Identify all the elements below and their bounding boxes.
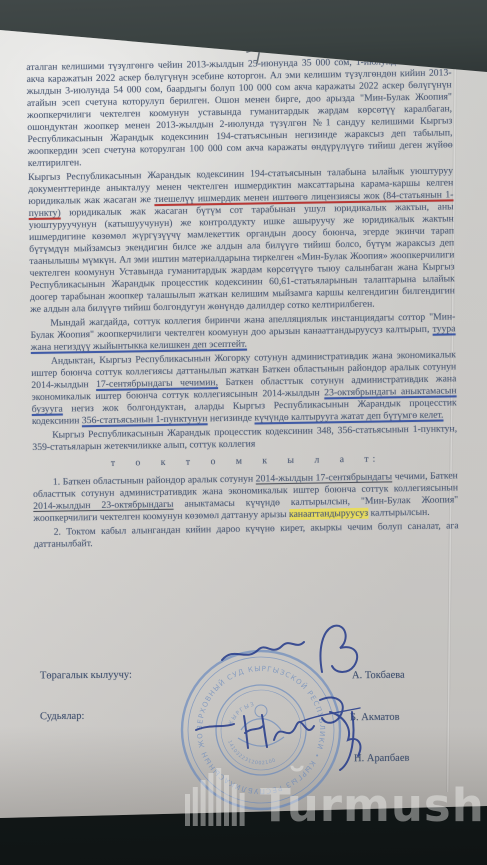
stamp-serial-number: 1410322312002100 <box>226 739 277 766</box>
paragraph: 2. Токтом кабыл алынгандан кийин дароо к… <box>34 520 459 551</box>
signatory-name: Н. Арапбаев <box>354 753 410 764</box>
stamp-ring-text: ВЕРХОВНЫЙ СУД КЫРГЫЗСКОЙ РЕСПУБЛИКИ • КЫ… <box>176 645 326 795</box>
body-text: 2. Токтом кабыл алынгандан кийин дароо к… <box>34 520 459 550</box>
paragraph: Мындай жагдайда, соттук коллегия биринчи… <box>30 311 456 354</box>
annotated-text: канааттандыруусуз <box>289 508 368 520</box>
body-text: т о к т о м к ы л а т: <box>111 454 380 469</box>
annotated-text: күчүндө калтырууга жатат деп бүтүмгө кел… <box>254 410 443 424</box>
document-page: аталган келишими түзүлгөнгө чейин 2013-ж… <box>0 0 487 865</box>
paragraph: Кыргыз Республикасынын Жарандык процесст… <box>32 423 457 454</box>
body-text: Кыргыз Республикасынын Жарандык процесст… <box>32 423 457 453</box>
signatory-name: Б. Акматов <box>350 712 400 723</box>
judges-label: Судьялар: <box>40 711 84 722</box>
presiding-judge-label: Төрагалык кылуучу: <box>40 670 132 682</box>
paragraph: 1. Баткен областынын райондор аралык сот… <box>33 470 459 525</box>
document-text: аталган келишими түзүлгөнгө чейин 2013-ж… <box>26 55 459 553</box>
photo-background: аталган келишими түзүлгөнгө чейин 2013-ж… <box>0 0 487 865</box>
annotated-text: 17-сентябрындагы чечимин, <box>96 377 218 390</box>
paragraph: аталган келишими түзүлгөнгө чейин 2013-ж… <box>26 55 453 170</box>
paragraph: т о к т о м к ы л а т: <box>33 452 458 471</box>
stamp-inner-text: КЫРГЫЗ <box>228 701 256 725</box>
court-stamp: ВЕРХОВНЫЙ СУД КЫРГЫЗСКОЙ РЕСПУБЛИКИ • КЫ… <box>176 645 346 815</box>
signatory-name: А. Токбаева <box>352 670 405 681</box>
annotated-text: 2014-жылдын 23-октябрындагы <box>33 499 173 512</box>
body-text: негизинде <box>207 413 254 425</box>
annotated-text: 356-статьясынын 1-пунктунун <box>82 413 208 426</box>
body-text: калтырылсын. <box>368 507 430 519</box>
paragraph: Андыктан, Кыргыз Республикасынын Жогорку… <box>31 349 457 428</box>
annotated-text: 2014-жылдын 17-сентябрындагы <box>256 471 393 484</box>
body-text: юридикалык жак жасаган бүтүм сот тарабын… <box>29 201 455 315</box>
body-text: аталган келишими түзүлгөнгө чейин 2013-ж… <box>26 55 452 169</box>
paragraph: Кыргыз Республикасынын Жарандык кодексин… <box>28 165 455 316</box>
body-text: Мындай жагдайда, соттук коллегия биринчи… <box>30 311 455 341</box>
